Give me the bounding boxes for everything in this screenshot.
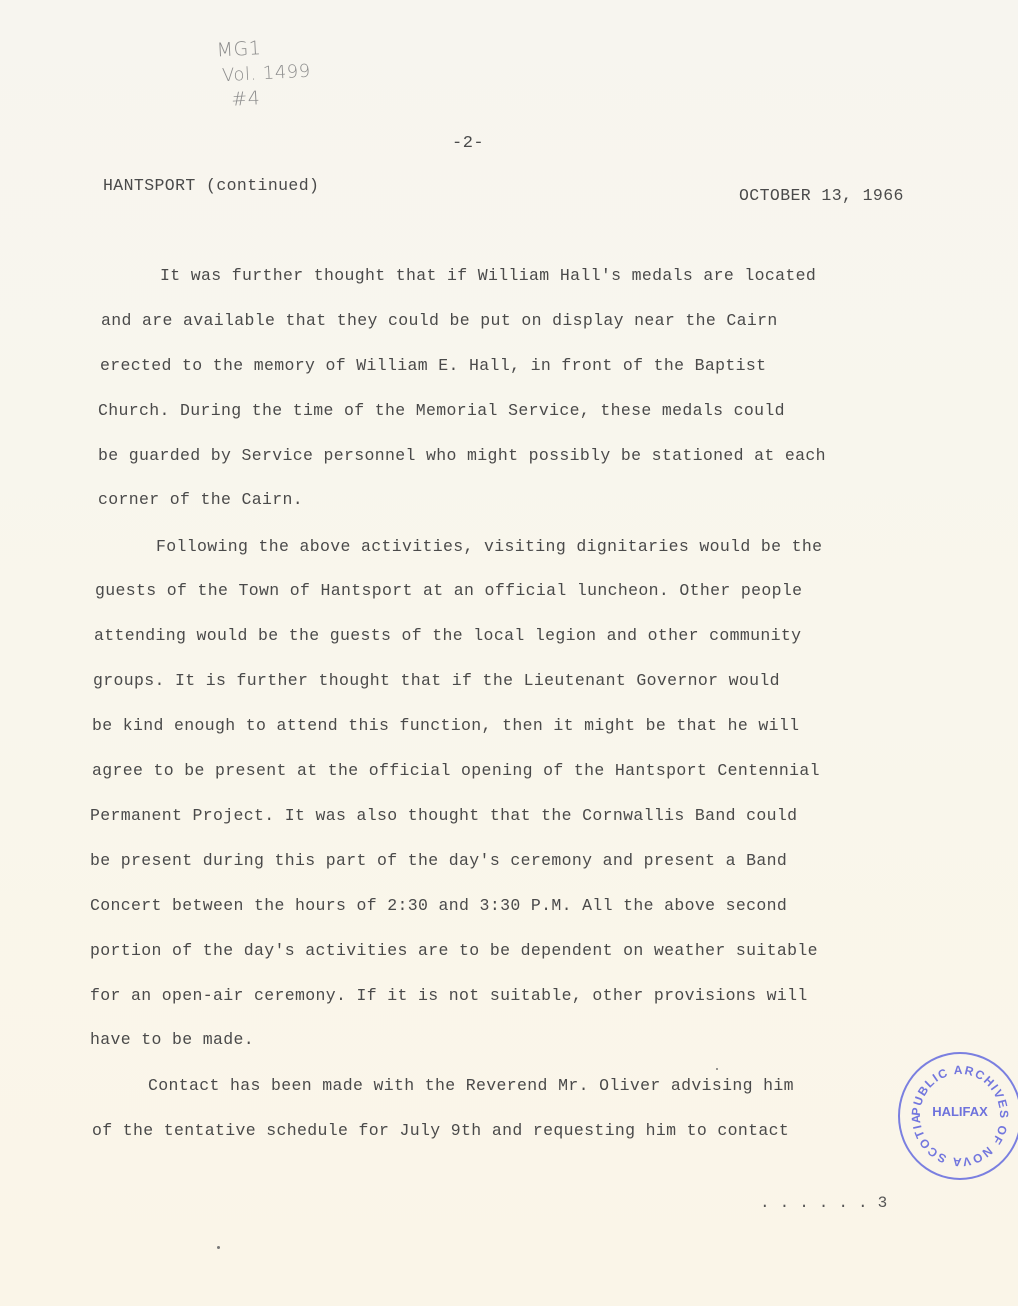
continuation-marker: ......3 — [760, 1194, 897, 1212]
text-line: corner of the Cairn. — [98, 490, 303, 509]
text-line: erected to the memory of William E. Hall… — [100, 356, 766, 375]
header-title: HANTSPORT (continued) — [103, 176, 319, 195]
text-line: guests of the Town of Hantsport at an of… — [95, 581, 802, 600]
text-line: groups. It is further thought that if th… — [93, 671, 780, 690]
text-line: of the tentative schedule for July 9th a… — [92, 1121, 789, 1140]
header-date: OCTOBER 13, 1966 — [739, 186, 904, 205]
page-number: -2- — [452, 134, 484, 153]
archive-note-line2: Vol. 1499 — [221, 59, 311, 89]
paper-speck — [217, 1246, 220, 1249]
text-line: Concert between the hours of 2:30 and 3:… — [90, 896, 787, 915]
text-line: be guarded by Service personnel who migh… — [98, 446, 826, 465]
text-line: Contact has been made with the Reverend … — [148, 1076, 794, 1095]
text-line: attending would be the guests of the loc… — [94, 626, 801, 645]
text-line: for an open-air ceremony. If it is not s… — [90, 986, 808, 1005]
document-page: MG1 Vol. 1499 #4 -2- HANTSPORT (continue… — [0, 0, 1018, 1306]
text-line: Permanent Project. It was also thought t… — [90, 806, 797, 825]
text-line: be present during this part of the day's… — [90, 851, 787, 870]
text-line: Church. During the time of the Memorial … — [98, 401, 785, 420]
text-line: portion of the day's activities are to b… — [90, 941, 818, 960]
text-line: be kind enough to attend this function, … — [92, 716, 799, 735]
text-line: Following the above activities, visiting… — [156, 537, 822, 556]
paper-speck — [716, 1068, 718, 1070]
archive-note-line3: #4 — [231, 84, 313, 113]
pencil-archive-note: MG1 Vol. 1499 #4 — [216, 34, 312, 114]
text-line: agree to be present at the official open… — [92, 761, 820, 780]
text-line: It was further thought that if William H… — [160, 266, 816, 285]
stamp-center-text: HALIFAX — [900, 1104, 1018, 1119]
text-line: have to be made. — [90, 1030, 254, 1049]
text-line: and are available that they could be put… — [101, 311, 778, 330]
archives-stamp: PUBLIC ARCHIVES OF NOVA SCOTIA HALIFAX — [898, 1052, 1018, 1180]
